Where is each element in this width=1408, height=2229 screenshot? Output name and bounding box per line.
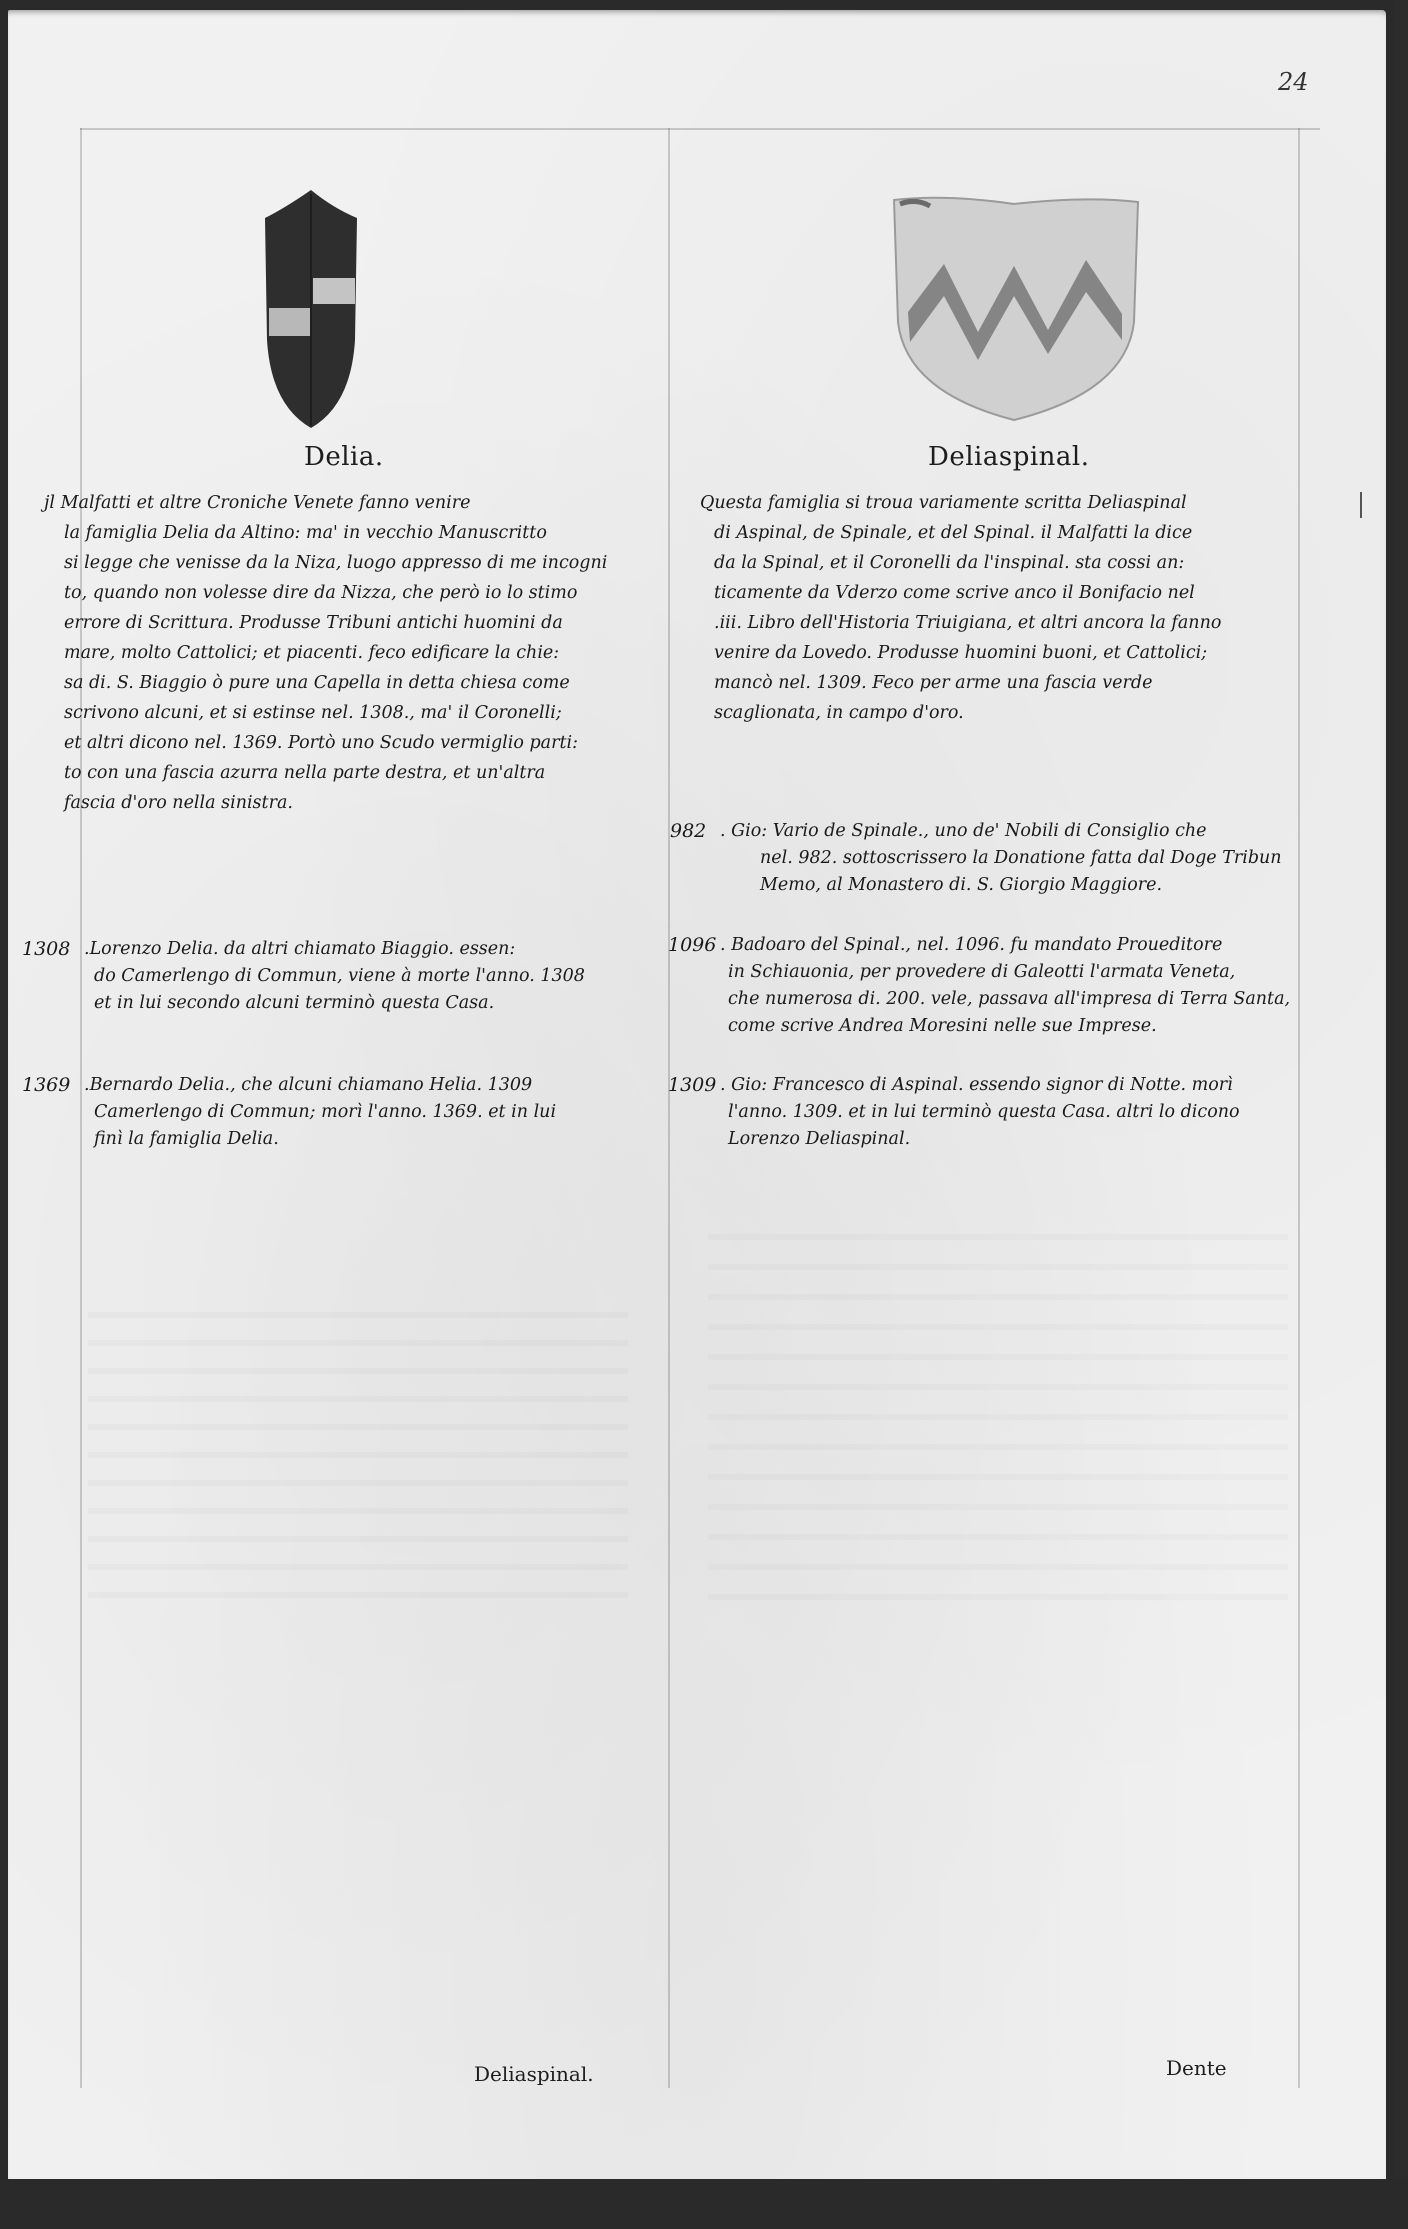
manuscript-page: 24 Delia. jl Malfatti et altre Croniche …	[8, 10, 1386, 2180]
entry-year: 982	[670, 818, 706, 845]
text-line: come scrive Andrea Moresini nelle sue Im…	[720, 1013, 1290, 1040]
text-line: mancò nel. 1309. Feco per arme una fasci…	[700, 668, 1221, 698]
text-line: venire da Lovedo. Produsse huomini buoni…	[700, 638, 1221, 668]
right-margin-rule	[1298, 128, 1300, 2088]
bleed-through-right	[708, 1210, 1288, 1610]
text-line: errore di Scrittura. Produsse Tribuni an…	[44, 608, 607, 638]
text-line: l'anno. 1309. et in lui terminò questa C…	[720, 1099, 1240, 1126]
text-line: . Gio: Vario de Spinale., uno de' Nobili…	[720, 818, 1282, 845]
text-line: do Camerlengo di Commun, viene à morte l…	[84, 963, 585, 990]
text-line: fascia d'oro nella sinistra.	[44, 788, 607, 818]
margin-mark	[1360, 492, 1362, 518]
text-line: .Lorenzo Delia. da altri chiamato Biaggi…	[84, 936, 585, 963]
scan-border-bottom	[0, 2179, 1408, 2229]
shield-icon	[886, 192, 1142, 422]
left-margin-rule	[80, 128, 82, 2088]
text-line: Questa famiglia si troua variamente scri…	[700, 488, 1221, 518]
text-line: mare, molto Cattolici; et piacenti. feco…	[44, 638, 607, 668]
entry-lorenzo-delia: 1308 .Lorenzo Delia. da altri chiamato B…	[84, 936, 585, 1017]
text-line: to con una fascia azurra nella parte des…	[44, 758, 607, 788]
catchword-right: Dente	[1166, 2056, 1227, 2080]
description-delia: jl Malfatti et altre Croniche Venete fan…	[44, 488, 607, 818]
entry-badoaro-del-spinal: 1096 . Badoaro del Spinal., nel. 1096. f…	[720, 932, 1290, 1040]
text-line: et altri dicono nel. 1369. Portò uno Scu…	[44, 728, 607, 758]
coat-of-arms-delia	[263, 190, 359, 430]
top-rule	[80, 128, 1320, 130]
text-line: di Aspinal, de Spinale, et del Spinal. i…	[700, 518, 1221, 548]
text-line: to, quando non volesse dire da Nizza, ch…	[44, 578, 607, 608]
text-line: Camerlengo di Commun; morì l'anno. 1369.…	[84, 1099, 556, 1126]
catchword-left: Deliaspinal.	[474, 2062, 594, 2086]
scan-border-right	[1394, 0, 1408, 2229]
text-line: .iii. Libro dell'Historia Triuigiana, et…	[700, 608, 1221, 638]
family-title-deliaspinal: Deliaspinal.	[928, 442, 1090, 472]
text-line: Memo, al Monastero di. S. Giorgio Maggio…	[720, 872, 1282, 899]
center-rule	[668, 128, 670, 2088]
text-line: che numerosa di. 200. vele, passava all'…	[720, 986, 1290, 1013]
text-line: finì la famiglia Delia.	[84, 1126, 556, 1153]
text-line: .Bernardo Delia., che alcuni chiamano He…	[84, 1072, 556, 1099]
text-line: sa di. S. Biaggio ò pure una Capella in …	[44, 668, 607, 698]
text-line: in Schiauonia, per provedere di Galeotti…	[720, 959, 1290, 986]
entry-gio-francesco-di-aspinal: 1309 . Gio: Francesco di Aspinal. essend…	[720, 1072, 1240, 1153]
entry-year: 1369	[22, 1072, 70, 1099]
coat-of-arms-deliaspinal	[886, 192, 1142, 422]
description-deliaspinal: Questa famiglia si troua variamente scri…	[700, 488, 1221, 728]
bleed-through-left	[88, 1290, 628, 1620]
text-line: da la Spinal, et il Coronelli da l'inspi…	[700, 548, 1221, 578]
text-line: scrivono alcuni, et si estinse nel. 1308…	[44, 698, 607, 728]
text-line: ticamente da Vderzo come scrive anco il …	[700, 578, 1221, 608]
text-line: si legge che venisse da la Niza, luogo a…	[44, 548, 607, 578]
entry-year: 1308	[22, 936, 70, 963]
entry-gio-vario-de-spinale: 982 . Gio: Vario de Spinale., uno de' No…	[720, 818, 1282, 899]
entry-year: 1096	[668, 932, 716, 959]
family-title-delia: Delia.	[304, 442, 384, 472]
entry-year: 1309	[668, 1072, 716, 1099]
text-line: Lorenzo Deliaspinal.	[720, 1126, 1240, 1153]
text-line: . Gio: Francesco di Aspinal. essendo sig…	[720, 1072, 1240, 1099]
shield-icon	[263, 190, 359, 430]
text-line: nel. 982. sottoscrissero la Donatione fa…	[720, 845, 1282, 872]
text-line: et in lui secondo alcuni terminò questa …	[84, 990, 585, 1017]
folio-number: 24	[1278, 68, 1309, 96]
text-line: scaglionata, in campo d'oro.	[700, 698, 1221, 728]
text-line: la famiglia Delia da Altino: ma' in vecc…	[44, 518, 607, 548]
entry-bernardo-delia: 1369 .Bernardo Delia., che alcuni chiama…	[84, 1072, 556, 1153]
text-line: jl Malfatti et altre Croniche Venete fan…	[44, 488, 607, 518]
text-line: . Badoaro del Spinal., nel. 1096. fu man…	[720, 932, 1290, 959]
